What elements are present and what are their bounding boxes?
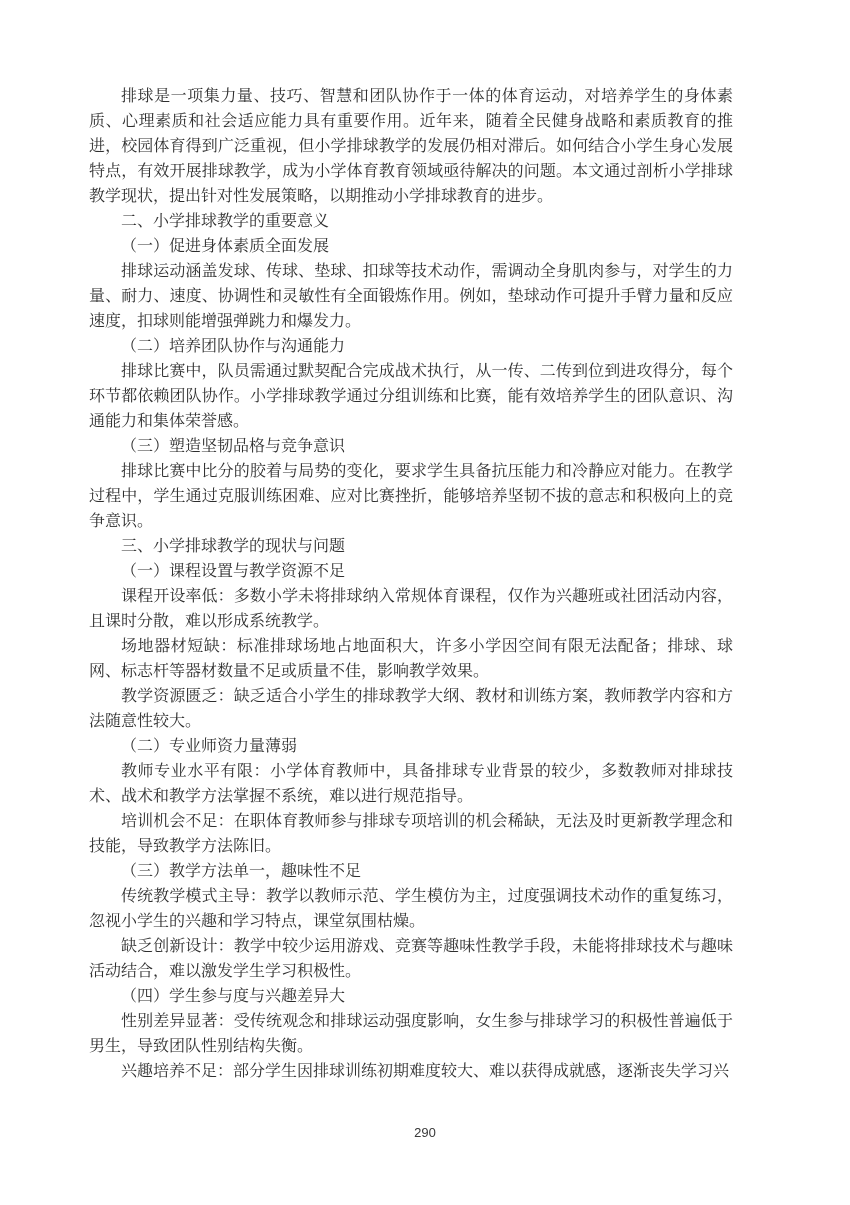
paragraph: 培训机会不足：在职体育教师参与排球专项培训的机会稀缺，无法及时更新教学理念和技能… — [89, 809, 733, 859]
section-heading: 二、小学排球教学的重要意义 — [89, 209, 733, 234]
paragraph: 排球比赛中比分的胶着与局势的变化，要求学生具备抗压能力和冷静应对能力。在教学过程… — [89, 459, 733, 534]
paragraph: 缺乏创新设计：教学中较少运用游戏、竞赛等趣味性教学手段，未能将排球技术与趣味活动… — [89, 934, 733, 984]
paragraph: 兴趣培养不足：部分学生因排球训练初期难度较大、难以获得成就感，逐渐丧失学习兴 — [89, 1059, 733, 1084]
document-body: 排球是一项集力量、技巧、智慧和团队协作于一体的体育运动，对培养学生的身体素质、心… — [89, 84, 733, 1084]
paragraph: 排球是一项集力量、技巧、智慧和团队协作于一体的体育运动，对培养学生的身体素质、心… — [89, 84, 733, 209]
paragraph: 课程开设率低：多数小学未将排球纳入常规体育课程，仅作为兴趣班或社团活动内容，且课… — [89, 584, 733, 634]
paragraph: 教学资源匮乏：缺乏适合小学生的排球教学大纲、教材和训练方案，教师教学内容和方法随… — [89, 684, 733, 734]
paragraph: 场地器材短缺：标准排球场地占地面积大，许多小学因空间有限无法配备；排球、球网、标… — [89, 634, 733, 684]
section-subheading: （二）培养团队协作与沟通能力 — [89, 334, 733, 359]
paragraph: 传统教学模式主导：教学以教师示范、学生模仿为主，过度强调技术动作的重复练习，忽视… — [89, 884, 733, 934]
paragraph: 排球比赛中，队员需通过默契配合完成战术执行，从一传、二传到位到进攻得分，每个环节… — [89, 359, 733, 434]
section-subheading: （四）学生参与度与兴趣差异大 — [89, 984, 733, 1009]
section-subheading: （三）教学方法单一，趣味性不足 — [89, 859, 733, 884]
paragraph: 性别差异显著：受传统观念和排球运动强度影响，女生参与排球学习的积极性普遍低于男生… — [89, 1009, 733, 1059]
section-subheading: （一）促进身体素质全面发展 — [89, 234, 733, 259]
document-page: 排球是一项集力量、技巧、智慧和团队协作于一体的体育运动，对培养学生的身体素质、心… — [0, 0, 850, 1205]
section-subheading: （二）专业师资力量薄弱 — [89, 734, 733, 759]
paragraph: 排球运动涵盖发球、传球、垫球、扣球等技术动作，需调动全身肌肉参与，对学生的力量、… — [89, 259, 733, 334]
section-subheading: （三）塑造坚韧品格与竞争意识 — [89, 434, 733, 459]
page-number: 290 — [0, 1125, 850, 1140]
section-subheading: （一）课程设置与教学资源不足 — [89, 559, 733, 584]
section-heading: 三、小学排球教学的现状与问题 — [89, 534, 733, 559]
paragraph: 教师专业水平有限：小学体育教师中，具备排球专业背景的较少，多数教师对排球技术、战… — [89, 759, 733, 809]
